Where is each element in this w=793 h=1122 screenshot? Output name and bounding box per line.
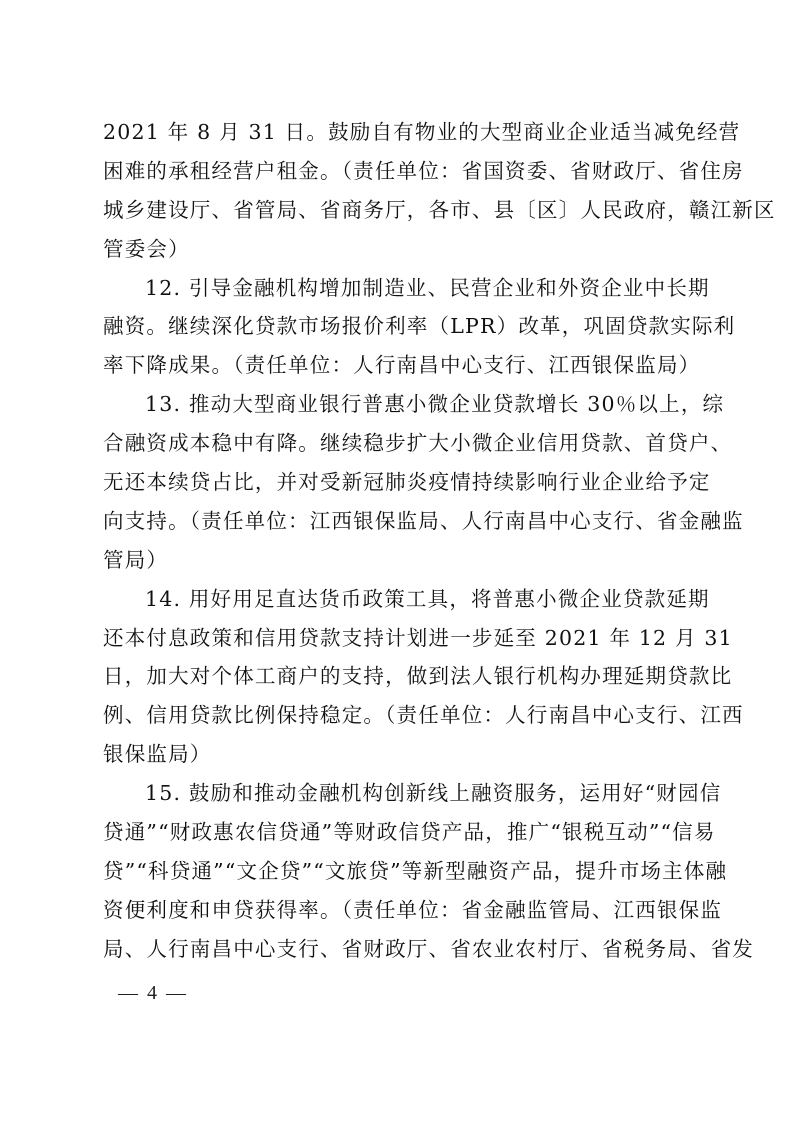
text-line: 还本付息政策和信用贷款支持计划进一步延至 2021 年 12 月 31 [103, 619, 699, 658]
text-line: 贷”“科贷通”“文企贷”“文旅贷”等新型融资产品，提升市场主体融 [103, 852, 699, 891]
document-body: 2021 年 8 月 31 日。鼓励自有物业的大型商业企业适当减免经营 困难的承… [103, 113, 699, 969]
paragraph-13: 13. 推动大型商业银行普惠小微企业贷款增长 30％以上，综 合融资成本稳中有降… [103, 385, 699, 579]
paragraph-15: 15. 鼓励和推动金融机构创新线上融资服务，运用好“财园信 贷通”“财政惠农信贷… [103, 774, 699, 968]
text-line: 融资。继续深化贷款市场报价利率（LPR）改革，巩固贷款实际利 [103, 307, 699, 346]
paragraph-11-continuation: 2021 年 8 月 31 日。鼓励自有物业的大型商业企业适当减免经营 困难的承… [103, 113, 699, 269]
paragraph-14: 14. 用好用足直达货币政策工具，将普惠小微企业贷款延期 还本付息政策和信用贷款… [103, 580, 699, 774]
text-line: 管委会） [103, 230, 699, 269]
text-line: 2021 年 8 月 31 日。鼓励自有物业的大型商业企业适当减免经营 [103, 113, 699, 152]
text-line: 13. 推动大型商业银行普惠小微企业贷款增长 30％以上，综 [103, 385, 699, 424]
text-line: 无还本续贷占比，并对受新冠肺炎疫情持续影响行业企业给予定 [103, 463, 699, 502]
text-line: 合融资成本稳中有降。继续稳步扩大小微企业信用贷款、首贷户、 [103, 424, 699, 463]
text-line: 例、信用贷款比例保持稳定。（责任单位：人行南昌中心支行、江西 [103, 696, 699, 735]
text-line: 局、人行南昌中心支行、省财政厅、省农业农村厅、省税务局、省发 [103, 930, 699, 969]
text-line: 向支持。（责任单位：江西银保监局、人行南昌中心支行、省金融监 [103, 502, 699, 541]
text-line: 管局） [103, 541, 699, 580]
text-line: 15. 鼓励和推动金融机构创新线上融资服务，运用好“财园信 [103, 774, 699, 813]
text-line: 资便利度和申贷获得率。（责任单位：省金融监管局、江西银保监 [103, 891, 699, 930]
document-page: 2021 年 8 月 31 日。鼓励自有物业的大型商业企业适当减免经营 困难的承… [0, 0, 793, 1122]
text-line: 14. 用好用足直达货币政策工具，将普惠小微企业贷款延期 [103, 580, 699, 619]
paragraph-12: 12. 引导金融机构增加制造业、民营企业和外资企业中长期 融资。继续深化贷款市场… [103, 269, 699, 386]
text-line: 贷通”“财政惠农信贷通”等财政信贷产品，推广“银税互动”“信易 [103, 813, 699, 852]
text-line: 城乡建设厅、省管局、省商务厅，各市、县〔区〕人民政府，赣江新区 [103, 191, 699, 230]
text-line: 日，加大对个体工商户的支持，做到法人银行机构办理延期贷款比 [103, 657, 699, 696]
text-line: 12. 引导金融机构增加制造业、民营企业和外资企业中长期 [103, 269, 699, 308]
text-line: 率下降成果。（责任单位：人行南昌中心支行、江西银保监局） [103, 346, 699, 385]
text-line: 困难的承租经营户租金。（责任单位：省国资委、省财政厅、省住房 [103, 152, 699, 191]
page-number: — 4 — [118, 982, 188, 1005]
text-line: 银保监局） [103, 735, 699, 774]
